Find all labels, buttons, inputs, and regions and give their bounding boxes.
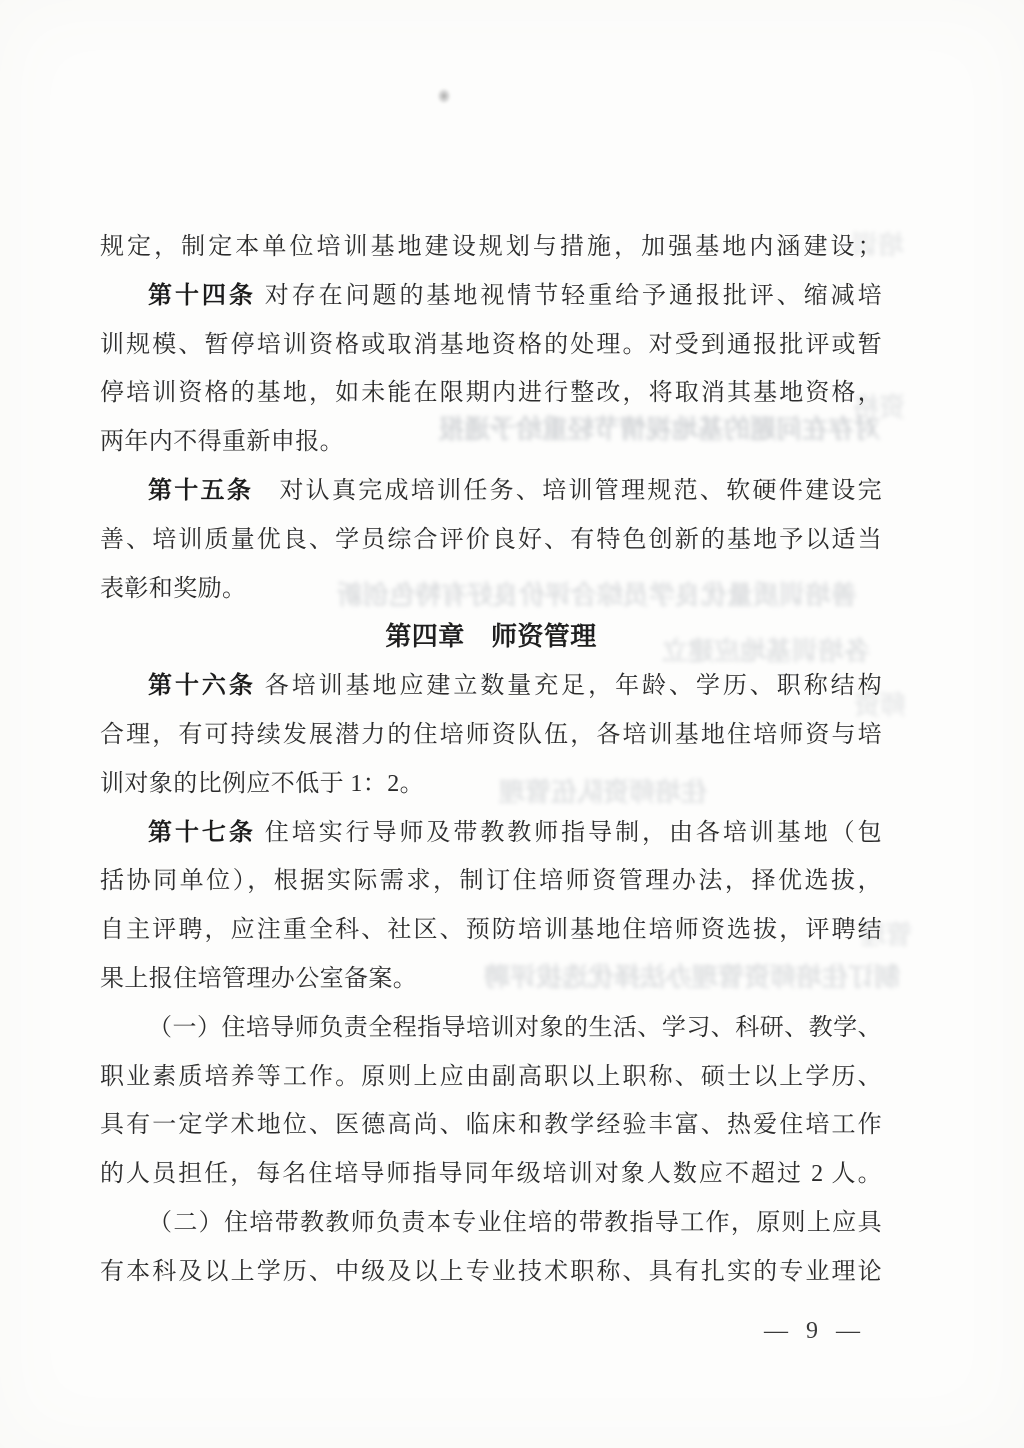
text-line: 规定，制定本单位培训基地建设规划与措施，加强基地内涵建设； [100, 223, 882, 272]
article-number-bold: 第十五条 [148, 478, 253, 504]
text-line: 职业素质培养等工作。原则上应由副高职以上职称、硕士以上学历、 [100, 1053, 882, 1102]
text-line: 第十四条 对存在问题的基地视情节轻重给予通报批评、缩减培 [100, 272, 882, 321]
text-line: 停培训资格的基地，如未能在限期内进行整改，将取消其基地资格， [100, 369, 882, 418]
text-line: 训规模、暂停培训资格或取消基地资格的处理。对受到通报批评或暂 [100, 321, 882, 370]
text-line: 第十五条 对认真完成培训任务、培训管理规范、软硬件建设完 [100, 467, 882, 516]
text-line: 训对象的比例应不低于 1：2。 [100, 760, 882, 809]
article-number-bold: 第十六条 [148, 673, 256, 699]
page-number: — 9 — [764, 1318, 863, 1345]
chapter-heading: 第四章 师资管理 [100, 613, 882, 662]
text-line: 第十六条 各培训基地应建立数量充足，年龄、学历、职称结构 [100, 662, 882, 711]
text-line: （一）住培导师负责全程指导培训对象的生活、学习、科研、教学、 [100, 1004, 882, 1053]
text-line: 果上报住培管理办公室备案。 [100, 955, 882, 1004]
text-line: 自主评聘，应注重全科、社区、预防培训基地住培师资选拔，评聘结 [100, 906, 882, 955]
article-number-bold: 第十七条 [148, 820, 256, 846]
text-line: 具有一定学术地位、医德高尚、临床和教学经验丰富、热爱住培工作 [100, 1101, 882, 1150]
scanned-document-page: 对存在问题的基地视情节轻重给予通报善培训质量优良学员综合评价良好有特色创新各培训… [0, 0, 1024, 1448]
text-line: 两年内不得重新申报。 [100, 418, 882, 467]
text-line: 括协同单位），根据实际需求，制订住培师资管理办法，择优选拔， [100, 857, 882, 906]
text-line: 表彰和奖励。 [100, 565, 882, 614]
text-line: 的人员担任，每名住培导师指导同年级培训对象人数应不超过 2 人。 [100, 1150, 882, 1199]
text-line: 善、培训质量优良、学员综合评价良好、有特色创新的基地予以适当 [100, 516, 882, 565]
text-line: 有本科及以上学历、中级及以上专业技术职称、具有扎实的专业理论 [100, 1248, 882, 1297]
text-line: 第十七条 住培实行导师及带教教师指导制，由各培训基地（包 [100, 809, 882, 858]
scan-smudge-artifact [437, 88, 451, 104]
text-line: （二）住培带教教师负责本专业住培的带教指导工作，原则上应具 [100, 1199, 882, 1248]
text-line: 合理，有可持续发展潜力的住培师资队伍，各培训基地住培师资与培 [100, 711, 882, 760]
text-column: 规定，制定本单位培训基地建设规划与措施，加强基地内涵建设；第十四条 对存在问题的… [100, 223, 882, 1297]
article-number-bold: 第十四条 [148, 283, 256, 309]
